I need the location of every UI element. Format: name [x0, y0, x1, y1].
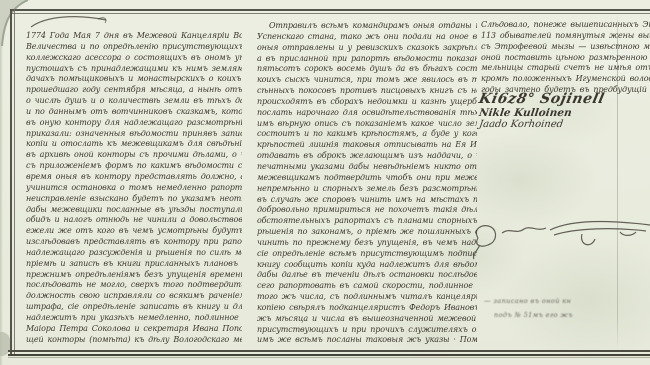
manuscript-line: печатными указами дабы невѣдѣніемъ никто… [257, 162, 477, 173]
manuscript-line: въ архивѣ оной конторы съ прочими дѣлами… [26, 150, 242, 161]
manuscript-line: надлежащаго разсужденія и рѣшенія по сил… [26, 248, 242, 259]
manuscript-line: 113 обывателей помянутыя жены вышеозначе… [481, 31, 650, 42]
manuscript-line: книгу сообщить копіи куда надлежитъ для … [257, 260, 477, 271]
manuscript-line: съ Этрофеевой мызы — извѣстною мѣрою цѣн… [481, 42, 650, 53]
manuscript-line: о числѣ душъ и о количествѣ земли въ тѣх… [26, 96, 242, 107]
manuscript-line: коллежскаго асессора о состоящихъ въ оно… [26, 53, 242, 64]
manuscript-line: ежели же отъ кого въ чемъ усмотрѣны буду… [26, 226, 242, 237]
faint-marginal-note: — записано въ оной кн подъ № 51мъ его жъ [484, 294, 579, 322]
manuscript-line: съ приложеніемъ формъ по какимъ вѣдомост… [26, 161, 242, 172]
manuscript-line: рѣшенія по законамъ, о пріемѣ же пошлинн… [257, 227, 477, 238]
signature-line: Ki6z8° Sojinell [477, 92, 650, 107]
manuscript-line: Отправилъ всѣмъ командирамъ оныя отданы … [257, 21, 477, 32]
manuscript-line: сѣнныхъ покосовъ противъ писцовыхъ книгъ… [257, 86, 477, 97]
manuscript-line: пріемѣ и записѣ въ книги присланныхъ пла… [26, 259, 242, 270]
manuscript-line: учинится остановка о томъ немедленно рап… [26, 183, 242, 194]
opening-flourish-stroke [28, 13, 110, 31]
manuscript-line: послать нарочнаго для освидѣтельствовані… [257, 108, 477, 119]
manuscript-line: дачахъ помѣщиковыхъ и монастырскихъ о ко… [26, 74, 242, 85]
manuscript-line: неисправленіе взыскано будетъ по указамъ… [26, 194, 242, 205]
manuscript-line: дабы межевщики посланные въ уѣзды поступ… [26, 205, 242, 216]
manuscript-line: дабы далѣе въ теченіи дѣлъ остановки пос… [257, 270, 477, 281]
manuscript-line: чинить по прежнему безъ упущенія, въ чем… [257, 238, 477, 249]
manuscript-line: должность свою исправляли со всякимъ рач… [26, 291, 242, 302]
manuscript-line: крѣпостей лишнія таковыя отписывать на Е… [257, 140, 477, 151]
frame-rule-top-outer [10, 9, 650, 11]
signature-line: Jaado Korhoined [478, 119, 650, 131]
manuscript-line: оныя отправлены и у ревизскихъ сказокъ з… [257, 43, 477, 54]
manuscript-scan: 1774 Года Мая 7 дня въ Межевой Канцелярі… [0, 0, 650, 365]
manuscript-line: происходятъ въ сборахъ недоимки и казнѣ … [257, 97, 477, 108]
manuscript-line: непремѣнно и спорныхъ земель безъ разсмо… [257, 184, 477, 195]
manuscript-line: прошедшаго году сентября мѣсяца, а нынѣ … [26, 85, 242, 96]
manuscript-line: присутствующихъ и при прочихъ служителях… [257, 325, 477, 336]
manuscript-line: 1774 Года Мая 7 дня въ Межевой Канцелярі… [26, 31, 242, 42]
scan-left-edge-shading [0, 0, 3, 365]
frame-rule-bottom-inner [8, 354, 650, 356]
handwritten-column-middle: Отправилъ всѣмъ командирамъ оныя отданы … [257, 21, 477, 347]
signature-block: Ki6z8° Sojinell Nikle Kulloinen Jaado Ko… [479, 92, 649, 131]
manuscript-line: въ случаѣ же споровъ чинить имъ на мѣста… [257, 195, 477, 206]
manuscript-line: состоитъ и по какимъ крѣпостямъ, а буде … [257, 129, 477, 140]
frame-rule-bottom-outer [8, 350, 650, 352]
manuscript-line: Величества и по опредѣленію присутствующ… [26, 42, 242, 53]
manuscript-line: того жъ числа, съ подлиннымъ читалъ канц… [257, 292, 477, 303]
manuscript-line: Маіора Петра Соколова и секретаря Ивана … [26, 324, 242, 335]
frame-rule-left-outer [10, 9, 12, 356]
manuscript-line: межевщикамъ подтвердить чтобъ они при ме… [257, 173, 477, 184]
manuscript-line: приказали: означенныя вѣдомости принявъ … [26, 129, 242, 140]
manuscript-line: пятьсотъ сорокъ восемь душъ да въ бѣгахъ… [257, 64, 477, 75]
manuscript-line: пустошахъ съ принадлежащими къ нимъ земл… [26, 64, 242, 75]
manuscript-line: сего рапортовать въ самой скорости, подл… [257, 281, 477, 292]
manuscript-line: щей конторы (помѣта) къ дѣлу Вологодскаг… [26, 335, 242, 346]
manuscript-line: обидъ и налогъ отнюдь не чинили а доволь… [26, 215, 242, 226]
manuscript-line: коихъ сыскъ чинится, при томъ же явилось… [257, 75, 477, 86]
handwritten-column-left: 1774 Года Мая 7 дня въ Межевой Канцелярі… [26, 31, 242, 347]
manuscript-line: изслѣдовавъ представлять въ контору при … [26, 237, 242, 248]
manuscript-line: кромѣ положенныхъ Игуменской волости за … [481, 74, 650, 85]
manuscript-line: отдавать въ оброкъ желающимъ изъ наддачи… [257, 151, 477, 162]
manuscript-line: оной поставить цѣною размѣренною близь т… [481, 53, 650, 64]
manuscript-line: Успенскаго стана, тако жъ они подали на … [257, 32, 477, 43]
manuscript-line: имъ же всѣмъ посланы таковыя жъ указы · … [257, 335, 477, 346]
manuscript-line: имъ вѣрную опись съ показаніемъ какое чи… [257, 119, 477, 130]
note-line: подъ № 51мъ его жъ [484, 308, 579, 322]
manuscript-line: а въ присланной при рапортѣ вѣдомости по… [257, 54, 477, 65]
frame-rule-bottom-faint [8, 357, 650, 358]
manuscript-line: и по даннымъ отъ вотчинниковъ сказкамъ, … [26, 107, 242, 118]
manuscript-line: штрафа, сіе опредѣленіе записать въ книг… [26, 302, 242, 313]
manuscript-line: добровольно примириться не похочетъ такі… [257, 205, 477, 216]
manuscript-line: Слѣдовало, понеже вышеписанныхъ Этрофеев… [481, 20, 650, 31]
manuscript-line: прежнимъ опредѣленіямъ безъ упущенія вре… [26, 270, 242, 281]
manuscript-line: жъ мѣсяца и числа въ вышеозначенной меже… [257, 314, 477, 325]
manuscript-line: сіе опредѣленіе всѣмъ присутствующимъ по… [257, 249, 477, 260]
signature-line: Nikle Kulloinen [478, 107, 650, 119]
note-line: — записано въ оной кн [484, 294, 579, 308]
manuscript-line: обстоятельныхъ рапортахъ съ планами спор… [257, 216, 477, 227]
manuscript-line: мельницы старый счетъ не имѣя отъ харчев… [481, 63, 650, 74]
manuscript-line: время оныя въ контору представлять должн… [26, 172, 242, 183]
handwritten-column-right: Слѣдовало, понеже вышеписанныхъ Этрофеев… [481, 20, 650, 98]
manuscript-line: надлежитъ при указѣхъ немедленно, подлин… [26, 313, 242, 324]
marginal-flourish-inscription [464, 218, 650, 260]
manuscript-line: копіи и отослать къ межевщикамъ для свѣд… [26, 139, 242, 150]
manuscript-line: послѣдовать не могло, сверхъ того подтве… [26, 280, 242, 291]
manuscript-line: копіею свѣрялъ подканцеляристъ Федоръ Ив… [257, 303, 477, 314]
manuscript-line: въ оную контору для надлежащаго разсмотр… [26, 118, 242, 129]
frame-rule-left-inner [14, 9, 15, 356]
